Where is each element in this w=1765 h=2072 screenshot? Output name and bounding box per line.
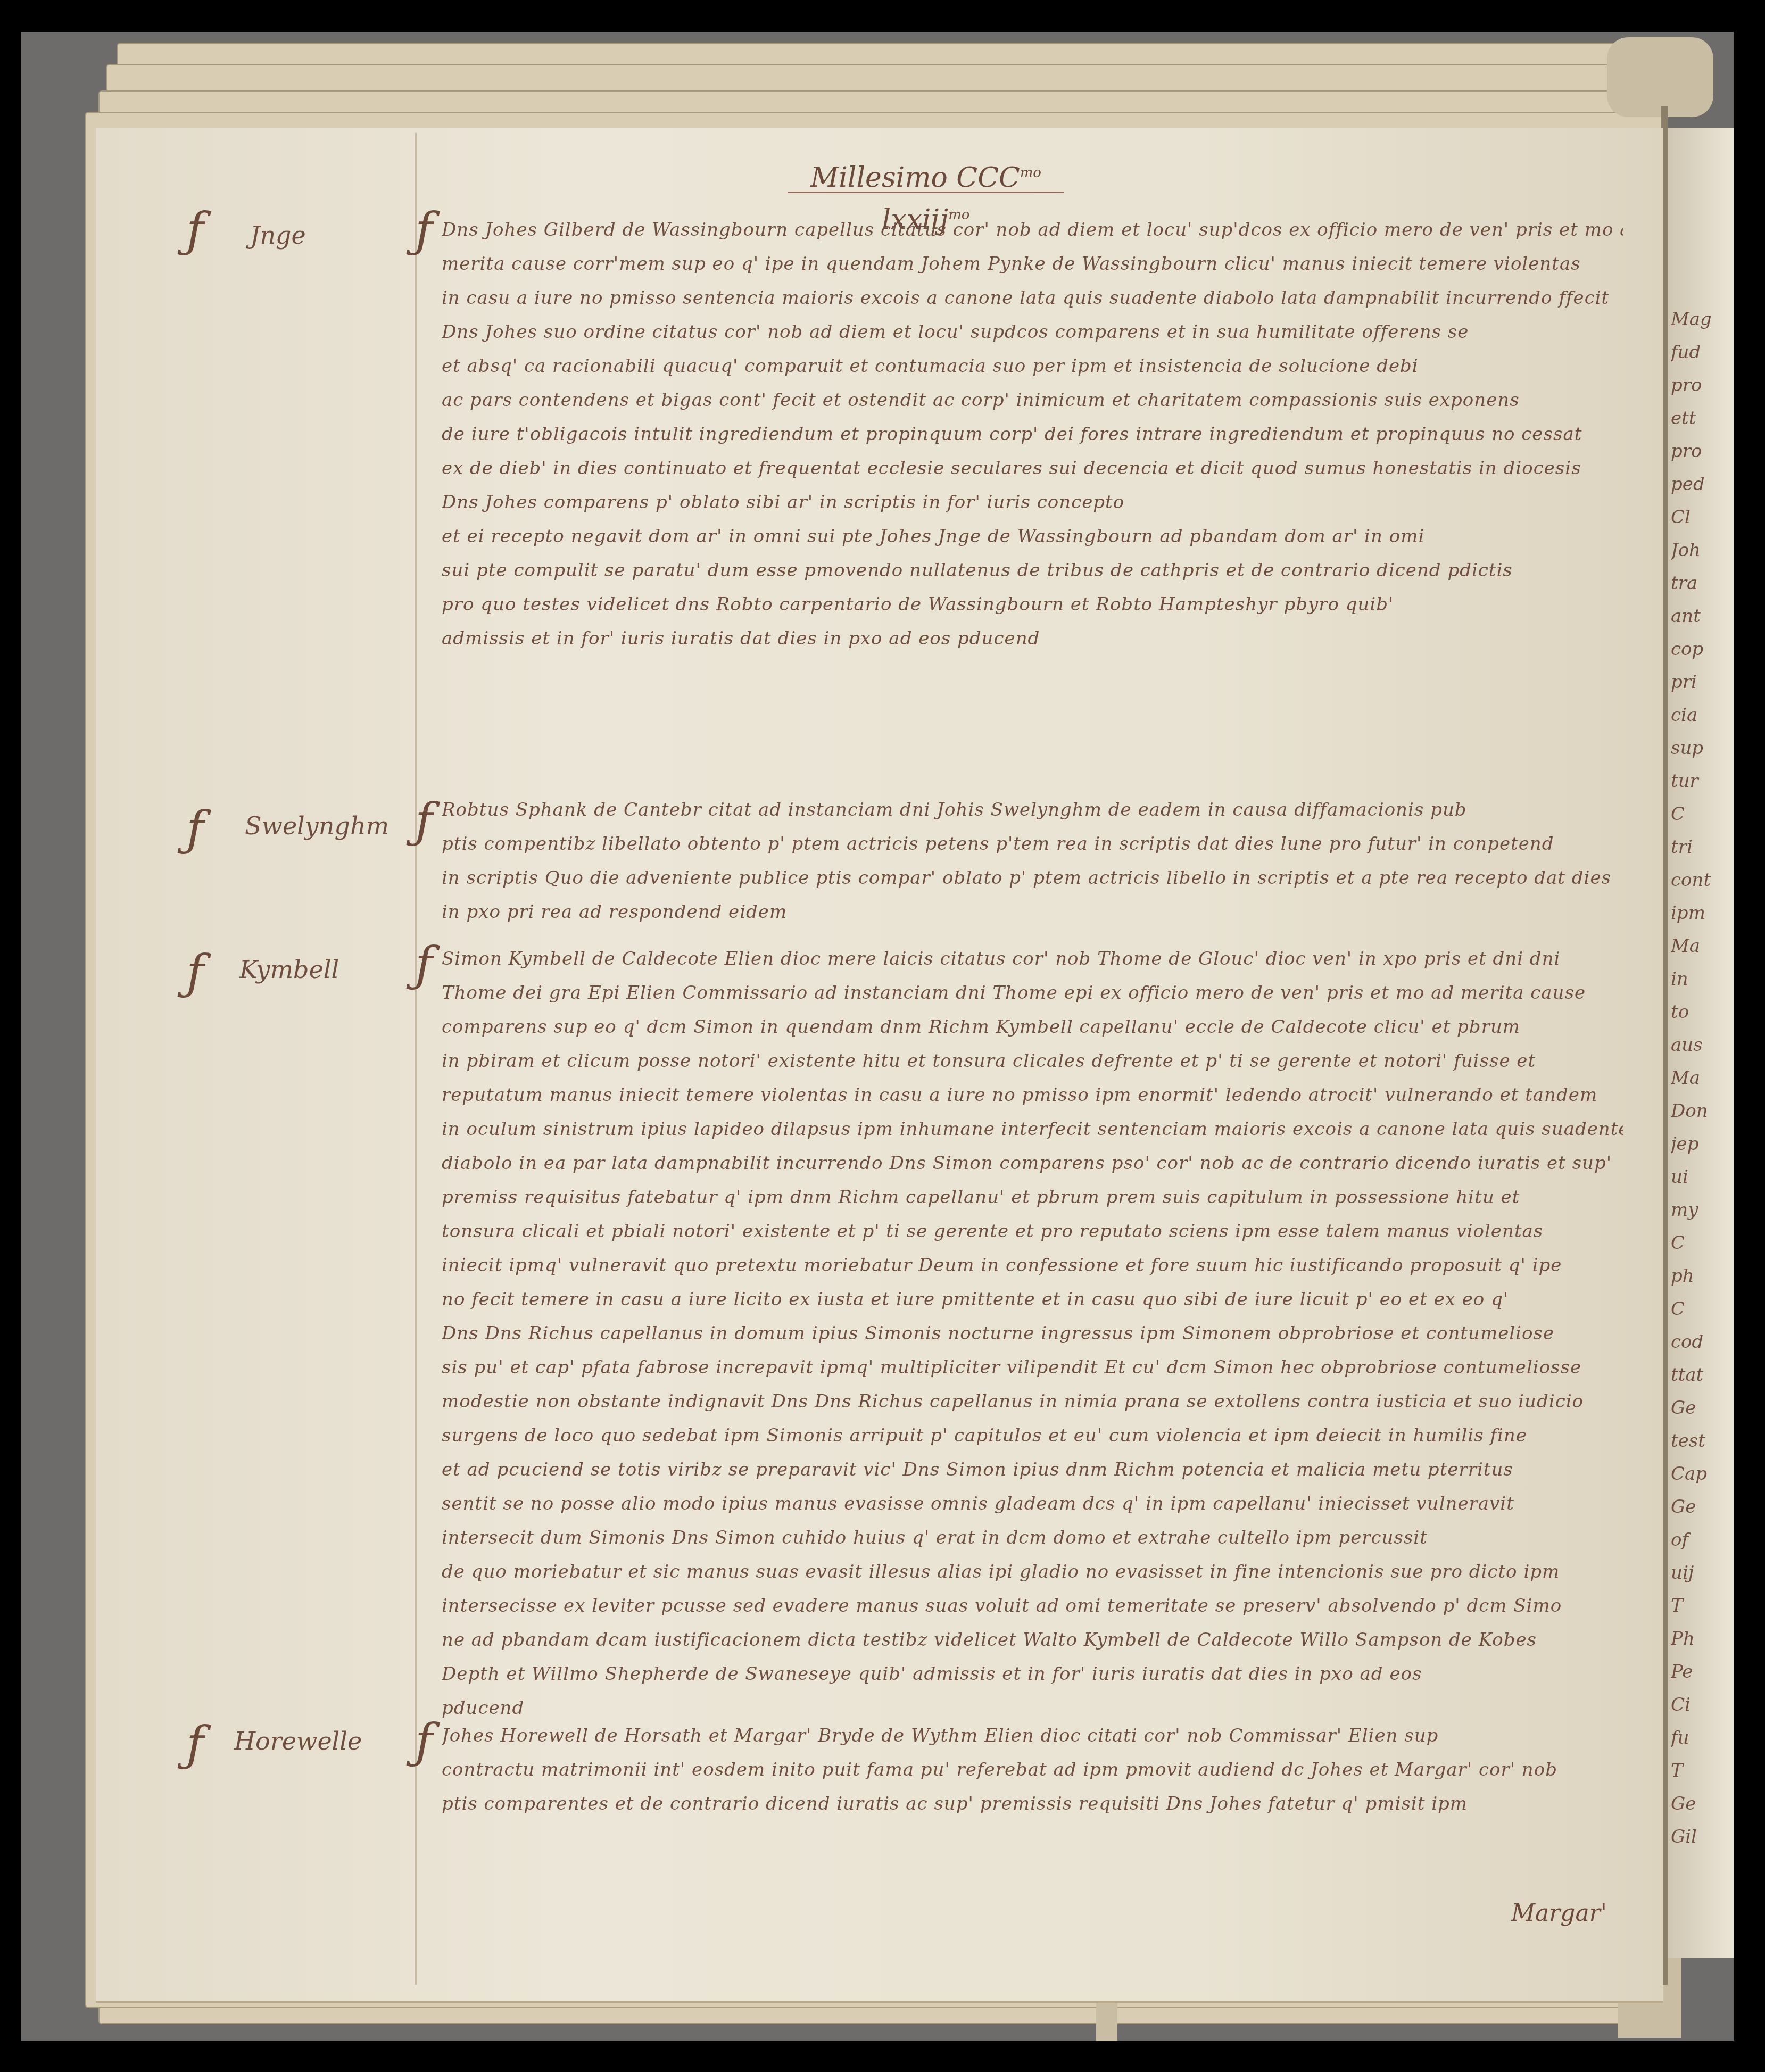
facing-text-fragment: Ci <box>1671 1694 1734 1715</box>
facing-text-fragment: cod <box>1671 1331 1734 1353</box>
text-line: in casu a iure no pmisso sentencia maior… <box>442 281 1623 315</box>
text-line: admissis et in for' iuris iuratis dat di… <box>442 621 1623 656</box>
facing-text-fragment: T <box>1671 1760 1734 1781</box>
text-line: et absq' ca racionabili quacuq' comparui… <box>442 349 1623 383</box>
facing-text-fragment: pri <box>1671 672 1734 693</box>
facing-text-fragment: jep <box>1671 1133 1734 1155</box>
facing-text-fragment: uij <box>1671 1562 1734 1584</box>
facing-text-fragment: cont <box>1671 869 1734 891</box>
text-line: in pbiram et clicum posse notori' existe… <box>442 1044 1623 1078</box>
facing-text-fragment: Ge <box>1671 1793 1734 1814</box>
text-line: ne ad pbandam dcam iustificacionem dicta… <box>442 1623 1623 1657</box>
text-line: premiss requisitus fatebatur q' ipm dnm … <box>442 1180 1623 1214</box>
facing-text-fragment: aus <box>1671 1034 1734 1056</box>
text-line: Dns Johes suo ordine citatus cor' nob ad… <box>442 315 1623 349</box>
text-line: pro quo testes videlicet dns Robto carpe… <box>442 587 1623 621</box>
paragraph-mark: ƒ <box>186 202 204 258</box>
facing-text-fragment: Mag <box>1671 309 1734 330</box>
facing-text-fragment: tri <box>1671 836 1734 858</box>
facing-text-fragment: Ma <box>1671 1067 1734 1089</box>
margin-name: Horewelle <box>234 1727 362 1755</box>
text-line: no fecit temere in casu a iure licito ex… <box>442 1282 1623 1316</box>
entry-text: Robtus Sphank de Cantebr citat ad instan… <box>442 793 1623 929</box>
text-line: ac pars contendens et bigas cont' fecit … <box>442 383 1623 417</box>
text-line: de iure t'obligacois intulit ingrediendu… <box>442 417 1623 451</box>
facing-text-fragment: tur <box>1671 770 1734 792</box>
text-line: Thome dei gra Epi Elien Commissario ad i… <box>442 976 1623 1010</box>
text-line: in scriptis Quo die adveniente publice p… <box>442 861 1623 895</box>
facing-text-fragment: Ph <box>1671 1628 1734 1650</box>
facing-text-fragment: ipm <box>1671 902 1734 924</box>
facing-text-fragment: Don <box>1671 1100 1734 1122</box>
text-line: ptis compentibz libellato obtento p' pte… <box>442 827 1623 861</box>
text-line: sentit se no posse alio modo ipius manus… <box>442 1487 1623 1521</box>
text-line: de quo moriebatur et sic manus suas evas… <box>442 1555 1623 1589</box>
text-line: Dns Johes comparens p' oblato sibi ar' i… <box>442 485 1623 519</box>
text-line: Johes Horewell de Horsath et Margar' Bry… <box>442 1719 1623 1753</box>
entry-text: Simon Kymbell de Caldecote Elien dioc me… <box>442 942 1623 1725</box>
facing-text-fragment: in <box>1671 968 1734 990</box>
facing-text-fragment: Pe <box>1671 1661 1734 1683</box>
facing-text-fragment: ui <box>1671 1166 1734 1188</box>
paragraph-mark: ƒ <box>415 1713 433 1769</box>
facing-text-fragment: pro <box>1671 441 1734 462</box>
entry-text: Dns Johes Gilberd de Wassingbourn capell… <box>442 213 1623 656</box>
margin-name: Swelynghm <box>245 811 389 840</box>
paragraph-mark: ƒ <box>186 801 204 857</box>
facing-text-fragment: Ge <box>1671 1496 1734 1518</box>
text-line: surgens de loco quo sedebat ipm Simonis … <box>442 1419 1623 1453</box>
paragraph-mark: ƒ <box>415 202 433 258</box>
text-line: iniecit ipmq' vulneravit quo pretextu mo… <box>442 1248 1623 1282</box>
facing-text-fragment: Cl <box>1671 507 1734 528</box>
text-line: et ei recepto negavit dom ar' in omni su… <box>442 519 1623 553</box>
text-line: ex de dieb' in dies continuato et freque… <box>442 451 1623 485</box>
facing-text-fragment: Gil <box>1671 1826 1734 1847</box>
text-line: tonsura clicali et pbiali notori' existe… <box>442 1214 1623 1248</box>
facing-text-fragment: test <box>1671 1430 1734 1452</box>
facing-text-fragment: C <box>1671 803 1734 825</box>
facing-text-fragment: my <box>1671 1199 1734 1221</box>
paragraph-mark: ƒ <box>186 1716 204 1772</box>
facing-text-fragment: T <box>1671 1595 1734 1617</box>
text-line: intersecisse ex leviter pcusse sed evade… <box>442 1589 1623 1623</box>
paragraph-mark: ƒ <box>415 793 433 849</box>
catchword: Margar' <box>1511 1900 1607 1927</box>
facing-text-fragment: cop <box>1671 639 1734 660</box>
text-line: in pxo pri rea ad respondend eidem <box>442 895 1623 929</box>
facing-text-fragment: ped <box>1671 474 1734 495</box>
facing-text-fragment: Ge <box>1671 1397 1734 1419</box>
text-line: modestie non obstante indignavit Dns Dns… <box>442 1385 1623 1419</box>
facing-text-fragment: Joh <box>1671 540 1734 561</box>
facing-text-fragment: ph <box>1671 1265 1734 1287</box>
facing-text-fragment: to <box>1671 1001 1734 1023</box>
text-line: in oculum sinistrum ipius lapideo dilaps… <box>442 1112 1623 1146</box>
text-line: sis pu' et cap' pfata fabrose increpavit… <box>442 1350 1623 1385</box>
text-line: Simon Kymbell de Caldecote Elien dioc me… <box>442 942 1623 976</box>
text-line: ptis comparentes et de contrario dicend … <box>442 1787 1623 1821</box>
text-line: comparens sup eo q' dcm Simon in quendam… <box>442 1010 1623 1044</box>
text-line: Robtus Sphank de Cantebr citat ad instan… <box>442 793 1623 827</box>
facing-text-fragment: C <box>1671 1298 1734 1320</box>
facing-text-fragment: ant <box>1671 606 1734 627</box>
facing-text-fragment: C <box>1671 1232 1734 1254</box>
text-line: Dns Johes Gilberd de Wassingbourn capell… <box>442 213 1623 247</box>
binding-thread-top <box>1607 37 1713 117</box>
text-line: sui pte compulit se paratu' dum esse pmo… <box>442 553 1623 587</box>
text-line: Dns Dns Richus capellanus in domum ipius… <box>442 1316 1623 1350</box>
text-line: intersecit dum Simonis Dns Simon cuhido … <box>442 1521 1623 1555</box>
text-line: contractu matrimonii int' eosdem inito p… <box>442 1753 1623 1787</box>
facing-text-fragment: Cap <box>1671 1463 1734 1485</box>
facing-text-fragment: cia <box>1671 705 1734 726</box>
text-line: reputatum manus iniecit temere violentas… <box>442 1078 1623 1112</box>
text-line: diabolo in ea par lata dampnabilit incur… <box>442 1146 1623 1180</box>
paragraph-mark: ƒ <box>415 936 433 992</box>
margin-name: Kymbell <box>239 955 339 984</box>
facing-text-fragment: of <box>1671 1529 1734 1551</box>
text-line: merita cause corr'mem sup eo q' ipe in q… <box>442 247 1623 281</box>
page-header: Millesimo CCCmo lxxiijmo <box>788 154 1064 193</box>
facing-text-fragment: pro <box>1671 375 1734 396</box>
text-line: et ad pcuciend se totis viribz se prepar… <box>442 1453 1623 1487</box>
facing-text-fragment: fu <box>1671 1727 1734 1748</box>
paragraph-mark: ƒ <box>186 944 204 1000</box>
facing-text-fragment: sup <box>1671 737 1734 759</box>
facing-text-fragment: Ma <box>1671 935 1734 957</box>
facing-text-fragment: fud <box>1671 342 1734 363</box>
margin-ruling <box>415 133 417 1985</box>
facing-text-fragment: tra <box>1671 573 1734 594</box>
facing-text-fragment: ett <box>1671 408 1734 429</box>
entry-text: Johes Horewell de Horsath et Margar' Bry… <box>442 1719 1623 1821</box>
text-line: Depth et Willmo Shepherde de Swaneseye q… <box>442 1657 1623 1691</box>
margin-name: Jnge <box>250 221 306 250</box>
facing-text-fragment: ttat <box>1671 1364 1734 1386</box>
